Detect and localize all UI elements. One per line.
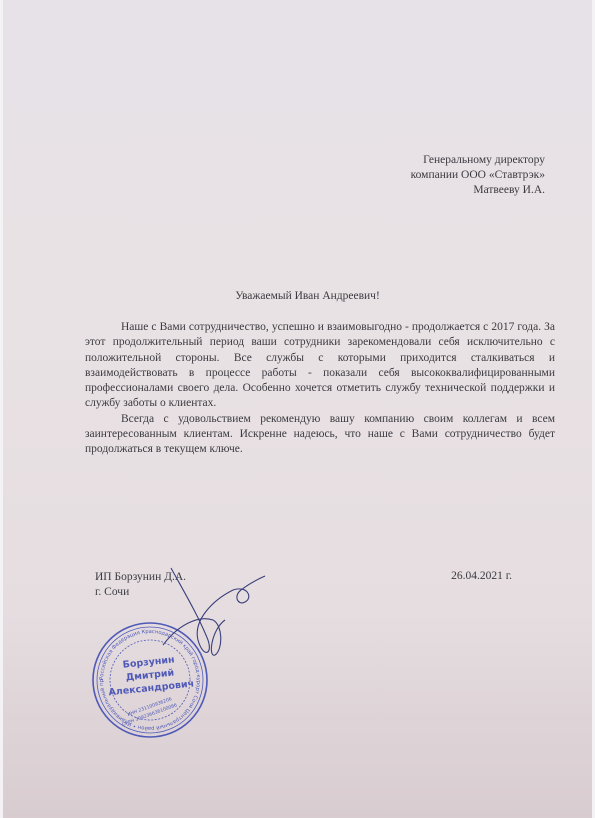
letter-date: 26.04.2021 г. xyxy=(451,570,512,582)
addressee-company: компании ООО «Ставтрэк» xyxy=(411,168,545,183)
addressee-title: Генеральному директору xyxy=(411,153,545,168)
addressee-block: Генеральному директору компании ООО «Ста… xyxy=(411,153,545,198)
letter-page: Генеральному директору компании ООО «Ста… xyxy=(0,0,595,818)
paragraph-2: Всегда с удовольствием рекомендую вашу к… xyxy=(85,412,555,458)
paragraph-1: Наше с Вами сотрудничество, успешно и вз… xyxy=(85,320,555,412)
letter-body: Наше с Вами сотрудничество, успешно и вз… xyxy=(85,320,555,458)
addressee-name: Матвееву И.А. xyxy=(411,183,545,198)
salutation: Уважаемый Иван Андреевич! xyxy=(3,290,592,302)
signature-icon xyxy=(153,560,273,660)
